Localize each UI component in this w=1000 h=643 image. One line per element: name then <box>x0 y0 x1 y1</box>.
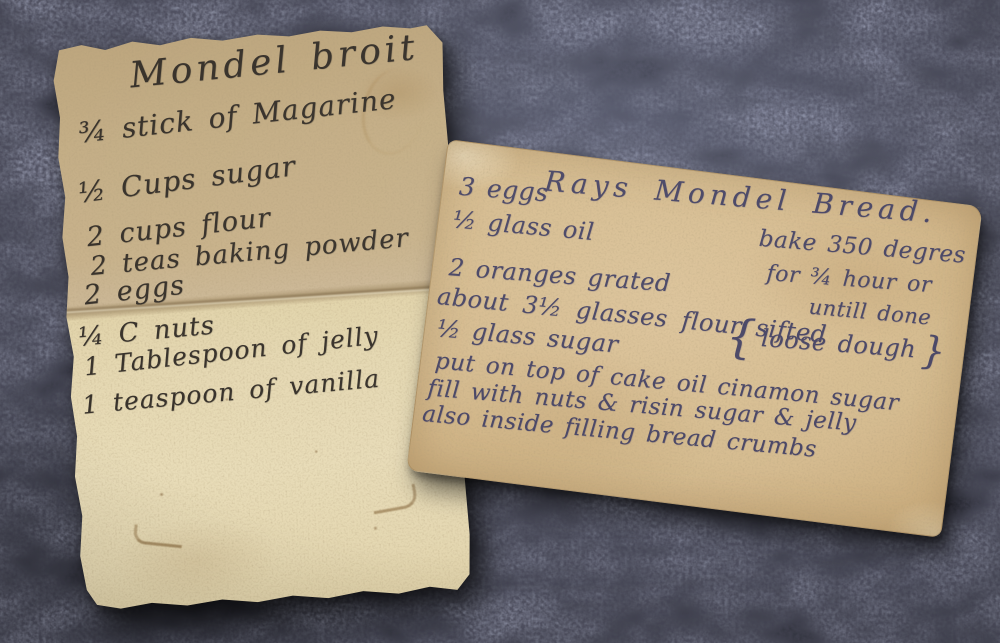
brace-close: } <box>920 331 947 371</box>
brace-open: { <box>725 313 758 361</box>
left-paper-sheet: Mondel broit ¾ stick of Magarine ½ Cups … <box>50 22 473 613</box>
recipe-line: 3 eggs <box>458 172 549 207</box>
right-recipe-card: 3 eggs Rays Mondel Bread. ½ glass oil 2 … <box>406 139 983 538</box>
photo-of-recipe-cards: Mondel broit ¾ stick of Magarine ½ Cups … <box>0 0 1000 643</box>
recipe-line: ½ glass oil <box>452 205 596 246</box>
note-text: loose dough <box>760 324 917 363</box>
recipe-line: ¾ stick of Magarine <box>77 82 398 149</box>
left-recipe-card: Mondel broit ¾ stick of Magarine ½ Cups … <box>50 44 442 614</box>
stain-mark <box>133 524 184 548</box>
stain-mark <box>370 484 418 515</box>
bake-note: for ¾ hour or <box>766 261 933 298</box>
recipe-line: ½ Cups sugar <box>76 149 298 209</box>
